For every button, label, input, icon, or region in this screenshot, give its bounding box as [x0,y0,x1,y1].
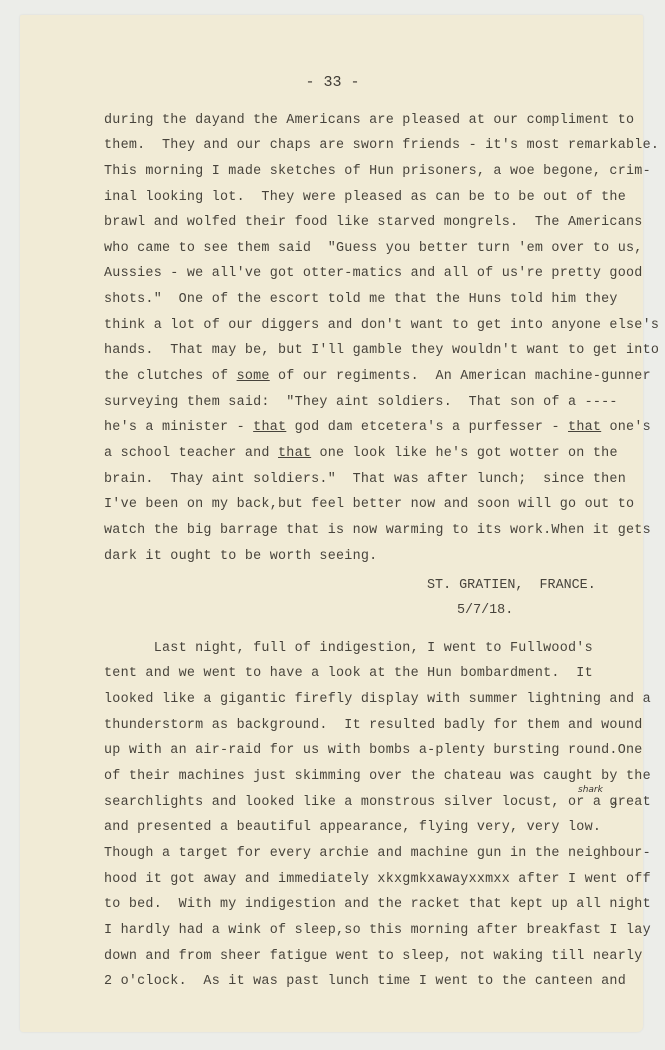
text-line: them. They and our chaps are sworn frien… [104,138,659,153]
text-segment: god dam etcetera's a purfesser - [286,420,568,435]
text-line: hands. That may be, but I'll gamble they… [104,343,659,358]
text-line: thunderstorm as background. It resulted … [104,718,643,733]
text-line: during the dayand the Americans are plea… [104,113,634,128]
insert-caret-mark: ^ [610,801,618,812]
text-line: Aussies - we all've got otter-matics and… [104,266,643,281]
text-line: watch the big barrage that is now warmin… [104,523,651,538]
underlined-word: some [237,369,270,384]
text-line: brawl and wolfed their food like starved… [104,215,643,230]
text-line: up with an air-raid for us with bombs a-… [104,743,643,758]
text-segment: the clutches of [104,369,237,384]
handwritten-insert: shark [578,785,603,795]
underlined-word: that [278,446,311,461]
text-line: looked like a gigantic firefly display w… [104,692,651,707]
text-line: brain. Thay aint soldiers." That was aft… [104,472,626,487]
text-line: to bed. With my indigestion and the rack… [104,897,651,912]
text-line: down and from sheer fatigue went to slee… [104,949,643,964]
date-heading: 5/7/18. [457,603,513,618]
text-line: who came to see them said "Guess you bet… [104,241,643,256]
text-segment: a school teacher and [104,446,278,461]
text-line: searchlights and looked like a monstrous… [104,795,651,810]
text-line: This morning I made sketches of Hun pris… [104,164,651,179]
text-line: he's a minister - that god dam etcetera'… [104,420,651,435]
text-line: tent and we went to have a look at the H… [104,666,593,681]
text-line: Last night, full of indigestion, I went … [104,641,593,656]
page-number: - 33 - [0,74,665,91]
text-line: shots." One of the escort told me that t… [104,292,618,307]
text-line: of their machines just skimming over the… [104,769,651,784]
text-line: the clutches of some of our regiments. A… [104,369,651,384]
text-line: dark it ought to be worth seeing. [104,549,377,564]
text-line: I've been on my back,but feel better now… [104,497,634,512]
text-segment: he's a minister - [104,420,253,435]
text-line: Though a target for every archie and mac… [104,846,651,861]
text-line: 2 o'clock. As it was past lunch time I w… [104,974,626,989]
location-heading: ST. GRATIEN, FRANCE. [427,578,596,593]
text-segment: one's [601,420,651,435]
text-line: I hardly had a wink of sleep,so this mor… [104,923,651,938]
text-line: and presented a beautiful appearance, fl… [104,820,601,835]
text-line: think a lot of our diggers and don't wan… [104,318,659,333]
text-line: hood it got away and immediately xkxgmkx… [104,872,651,887]
text-line: inal looking lot. They were pleased as c… [104,190,626,205]
text-line: surveying them said: "They aint soldiers… [104,395,618,410]
underlined-word: that [253,420,286,435]
text-segment: of our regiments. An American machine-gu… [270,369,651,384]
text-line: a school teacher and that one look like … [104,446,618,461]
underlined-word: that [568,420,601,435]
text-segment: one look like he's got wotter on the [311,446,618,461]
